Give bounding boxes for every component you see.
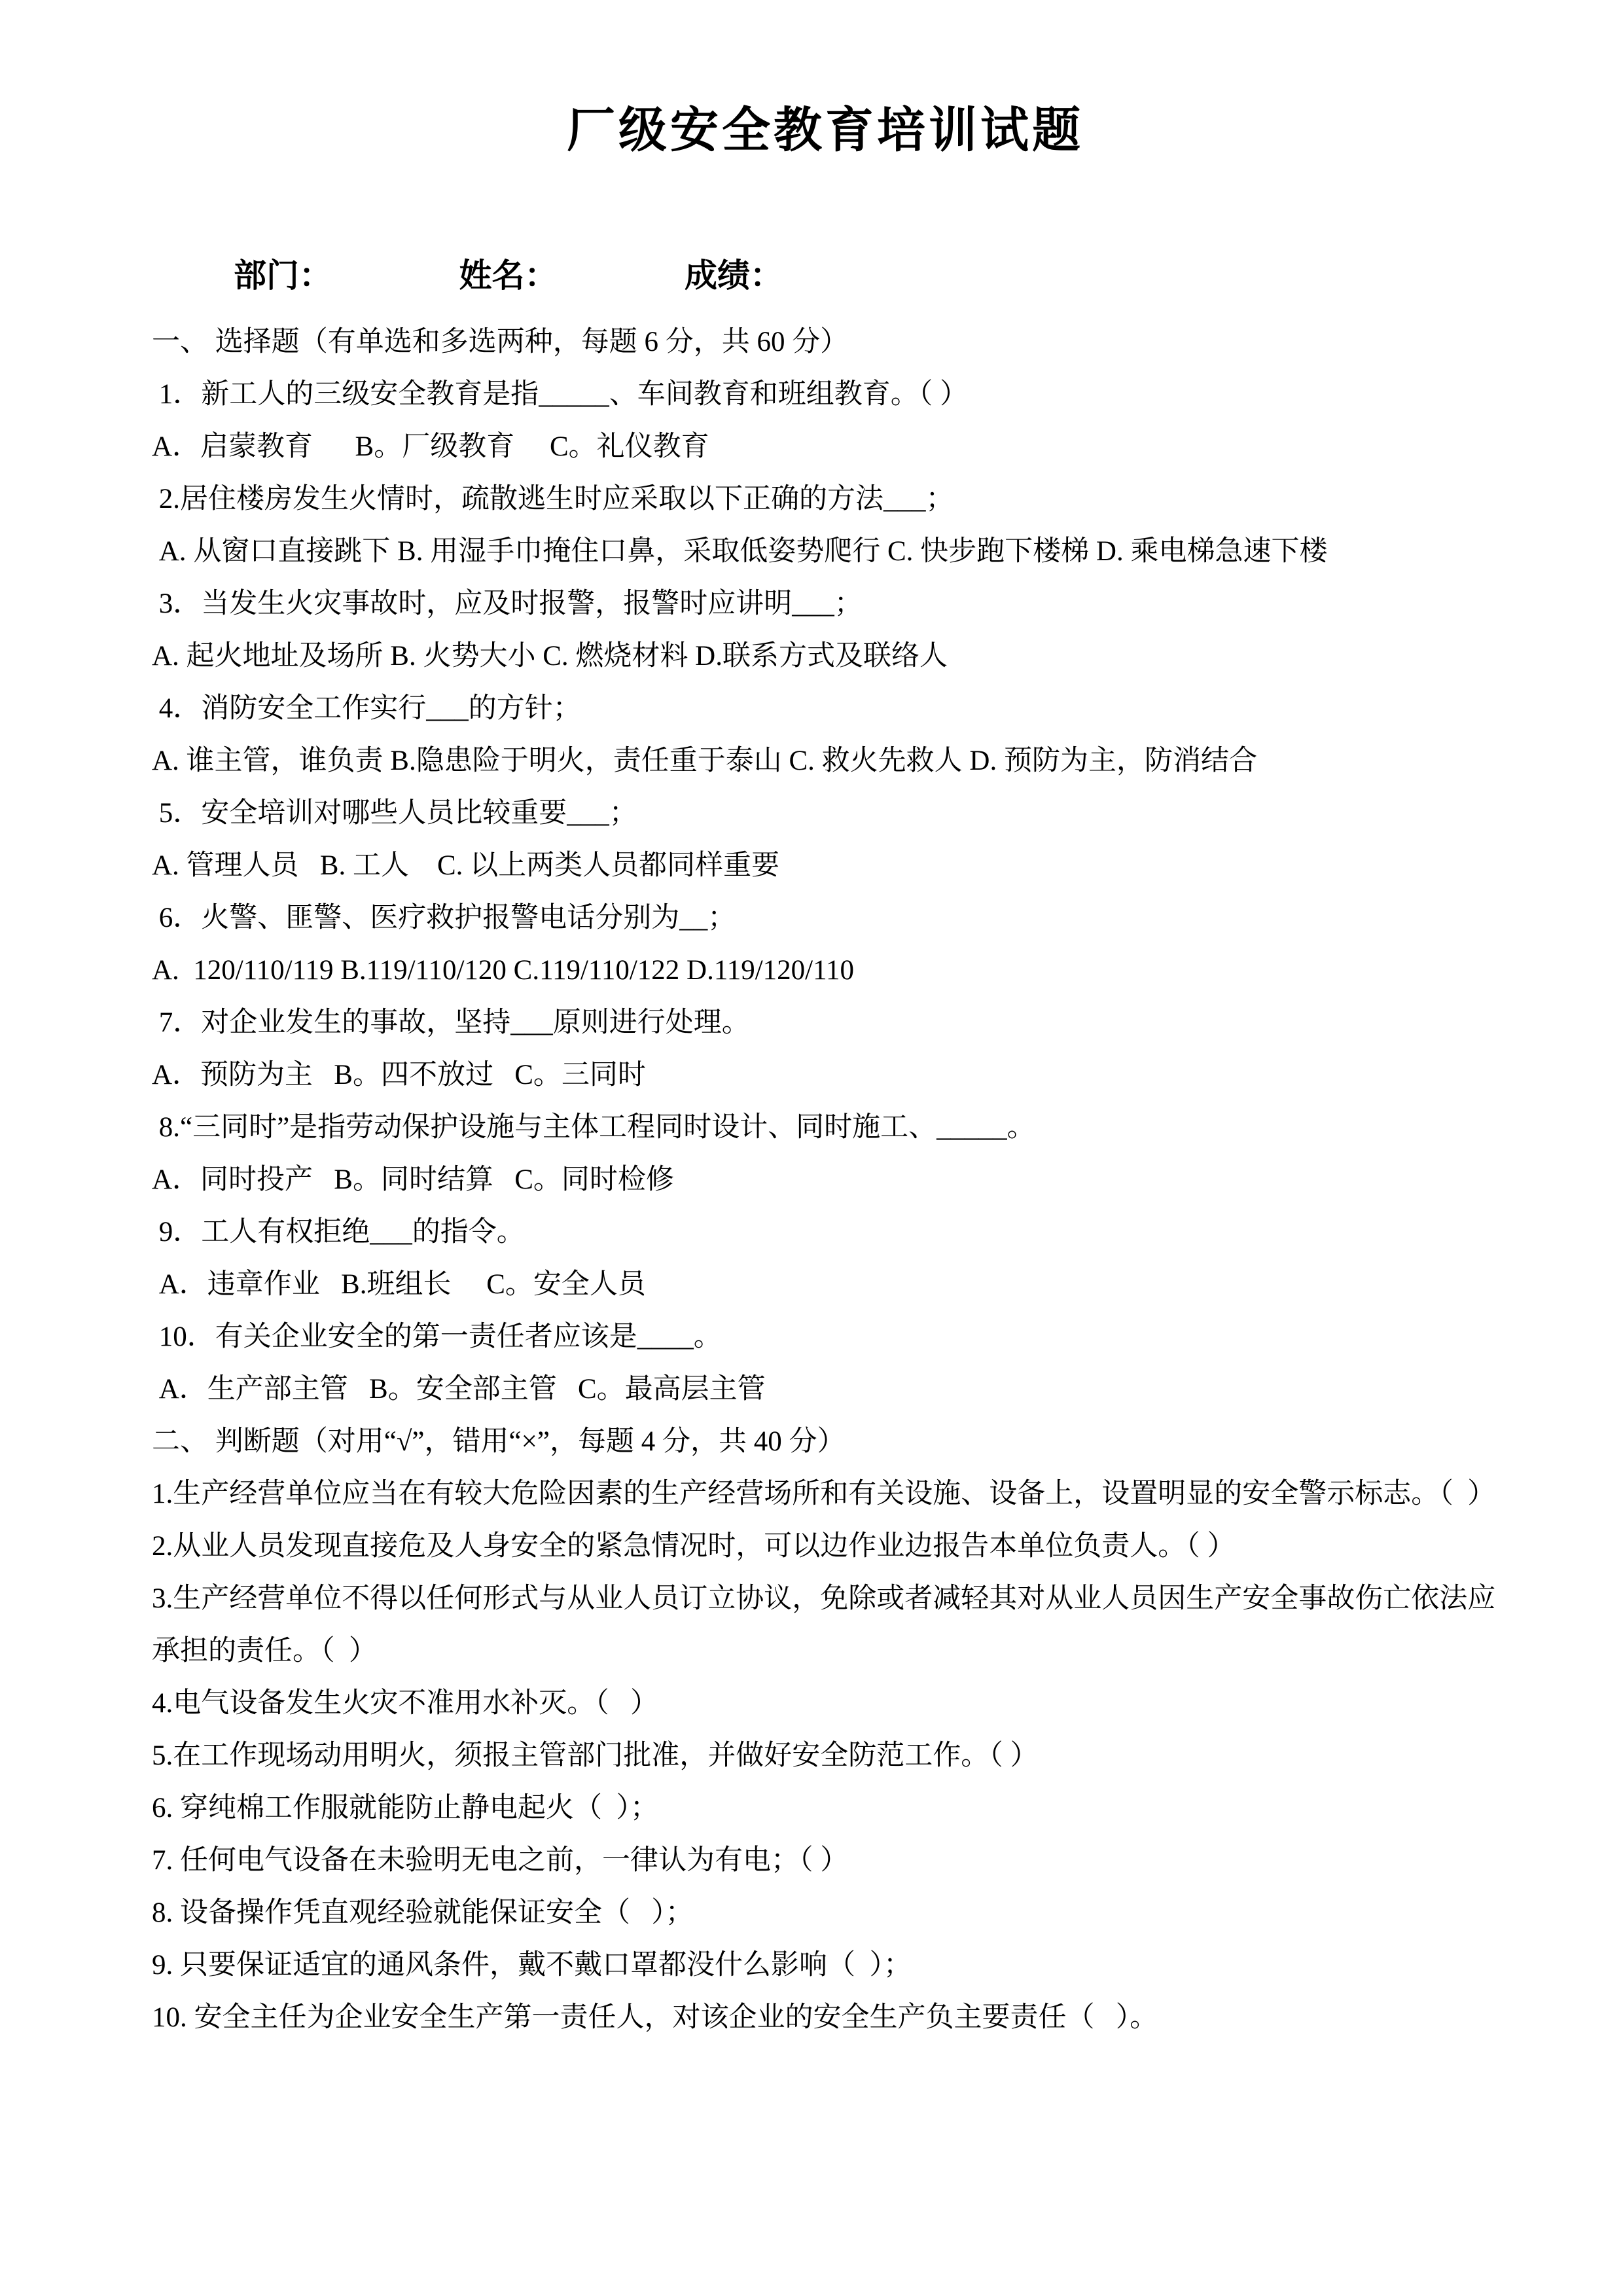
question-1-options: A．启蒙教育 B。厂级教育 C。礼仪教育 <box>152 421 1499 473</box>
judgement-item-6: 6. 穿纯棉工作服就能防止静电起火（ ）； <box>152 1782 1499 1835</box>
question-10: 10．有关企业安全的第一责任者应该是____。 <box>152 1311 1499 1363</box>
question-6-options: A. 120/110/119 B.119/110/120 C.119/110/1… <box>152 944 1499 997</box>
question-7: 7．对企业发生的事故，坚持___原则进行处理。 <box>152 997 1499 1049</box>
question-6: 6．火警、匪警、医疗救护报警电话分别为__； <box>152 892 1499 944</box>
question-2-options: A. 从窗口直接跳下 B. 用湿手巾掩住口鼻，采取低姿势爬行 C. 快步跑下楼梯… <box>152 526 1499 578</box>
question-9: 9．工人有权拒绝___的指令。 <box>152 1206 1499 1259</box>
judgement-item-9: 9. 只要保证适宜的通风条件，戴不戴口罩都没什么影响（ ）； <box>152 1939 1499 1992</box>
question-3: 3．当发生火灾事故时，应及时报警，报警时应讲明___； <box>152 578 1499 630</box>
judgement-item-3: 3.生产经营单位不得以任何形式与从业人员订立协议，免除或者减轻其对从业人员因生产… <box>152 1573 1499 1677</box>
judgement-item-1: 1.生产经营单位应当在有较大危险因素的生产经营场所和有关设施、设备上，设置明显的… <box>152 1468 1499 1520</box>
question-10-options: A．生产部主管 B。安全部主管 C。最高层主管 <box>152 1363 1499 1416</box>
department-label: 部门： <box>234 256 332 295</box>
question-3-options: A. 起火地址及场所 B. 火势大小 C. 燃烧材料 D.联系方式及联络人 <box>152 630 1499 683</box>
question-2: 2.居住楼房发生火情时，疏散逃生时应采取以下正确的方法___； <box>152 473 1499 526</box>
page-title: 厂级安全教育培训试题 <box>152 103 1499 159</box>
exam-page: 厂级安全教育培训试题 部门： 姓名： 成绩： 一、 选择题（有单选和多选两种，每… <box>0 0 1623 2296</box>
question-8: 8.“三同时”是指劳动保护设施与主体工程同时设计、同时施工、_____。 <box>152 1102 1499 1154</box>
judgement-item-10: 10. 安全主任为企业安全生产第一责任人，对该企业的安全生产负主要责任（ ）。 <box>152 1992 1499 2044</box>
score-label: 成绩： <box>685 256 783 295</box>
question-5: 5．安全培训对哪些人员比较重要___； <box>152 787 1499 840</box>
exam-body: 一、 选择题（有单选和多选两种，每题 6 分，共 60 分） 1．新工人的三级安… <box>152 316 1499 2044</box>
section2-heading: 二、 判断题（对用“√”，错用“×”，每题 4 分，共 40 分） <box>152 1416 1499 1468</box>
judgement-item-2: 2.从业人员发现直接危及人身安全的紧急情况时，可以边作业边报告本单位负责人。（ … <box>152 1520 1499 1573</box>
header-fields-row: 部门： 姓名： 成绩： <box>152 256 1499 295</box>
section1-heading: 一、 选择题（有单选和多选两种，每题 6 分，共 60 分） <box>152 316 1499 368</box>
judgement-item-7: 7. 任何电气设备在未验明无电之前，一律认为有电；（ ） <box>152 1835 1499 1887</box>
judgement-item-8: 8. 设备操作凭直观经验就能保证安全（ ）； <box>152 1887 1499 1939</box>
judgement-item-4: 4.电气设备发生火灾不准用水补灭。（ ） <box>152 1677 1499 1730</box>
question-8-options: A．同时投产 B。同时结算 C。同时检修 <box>152 1154 1499 1206</box>
name-label: 姓名： <box>459 256 558 295</box>
question-1: 1．新工人的三级安全教育是指_____、车间教育和班组教育。（ ） <box>152 368 1499 421</box>
question-4-options: A. 谁主管，谁负责 B.隐患险于明火，责任重于泰山 C. 救火先救人 D. 预… <box>152 735 1499 787</box>
question-5-options: A. 管理人员 B. 工人 C. 以上两类人员都同样重要 <box>152 840 1499 892</box>
judgement-item-5: 5.在工作现场动用明火，须报主管部门批准，并做好安全防范工作。（ ） <box>152 1730 1499 1782</box>
question-7-options: A．预防为主 B。四不放过 C。三同时 <box>152 1049 1499 1102</box>
question-4: 4．消防安全工作实行___的方针； <box>152 683 1499 735</box>
question-9-options: A．违章作业 B.班组长 C。安全人员 <box>152 1259 1499 1311</box>
